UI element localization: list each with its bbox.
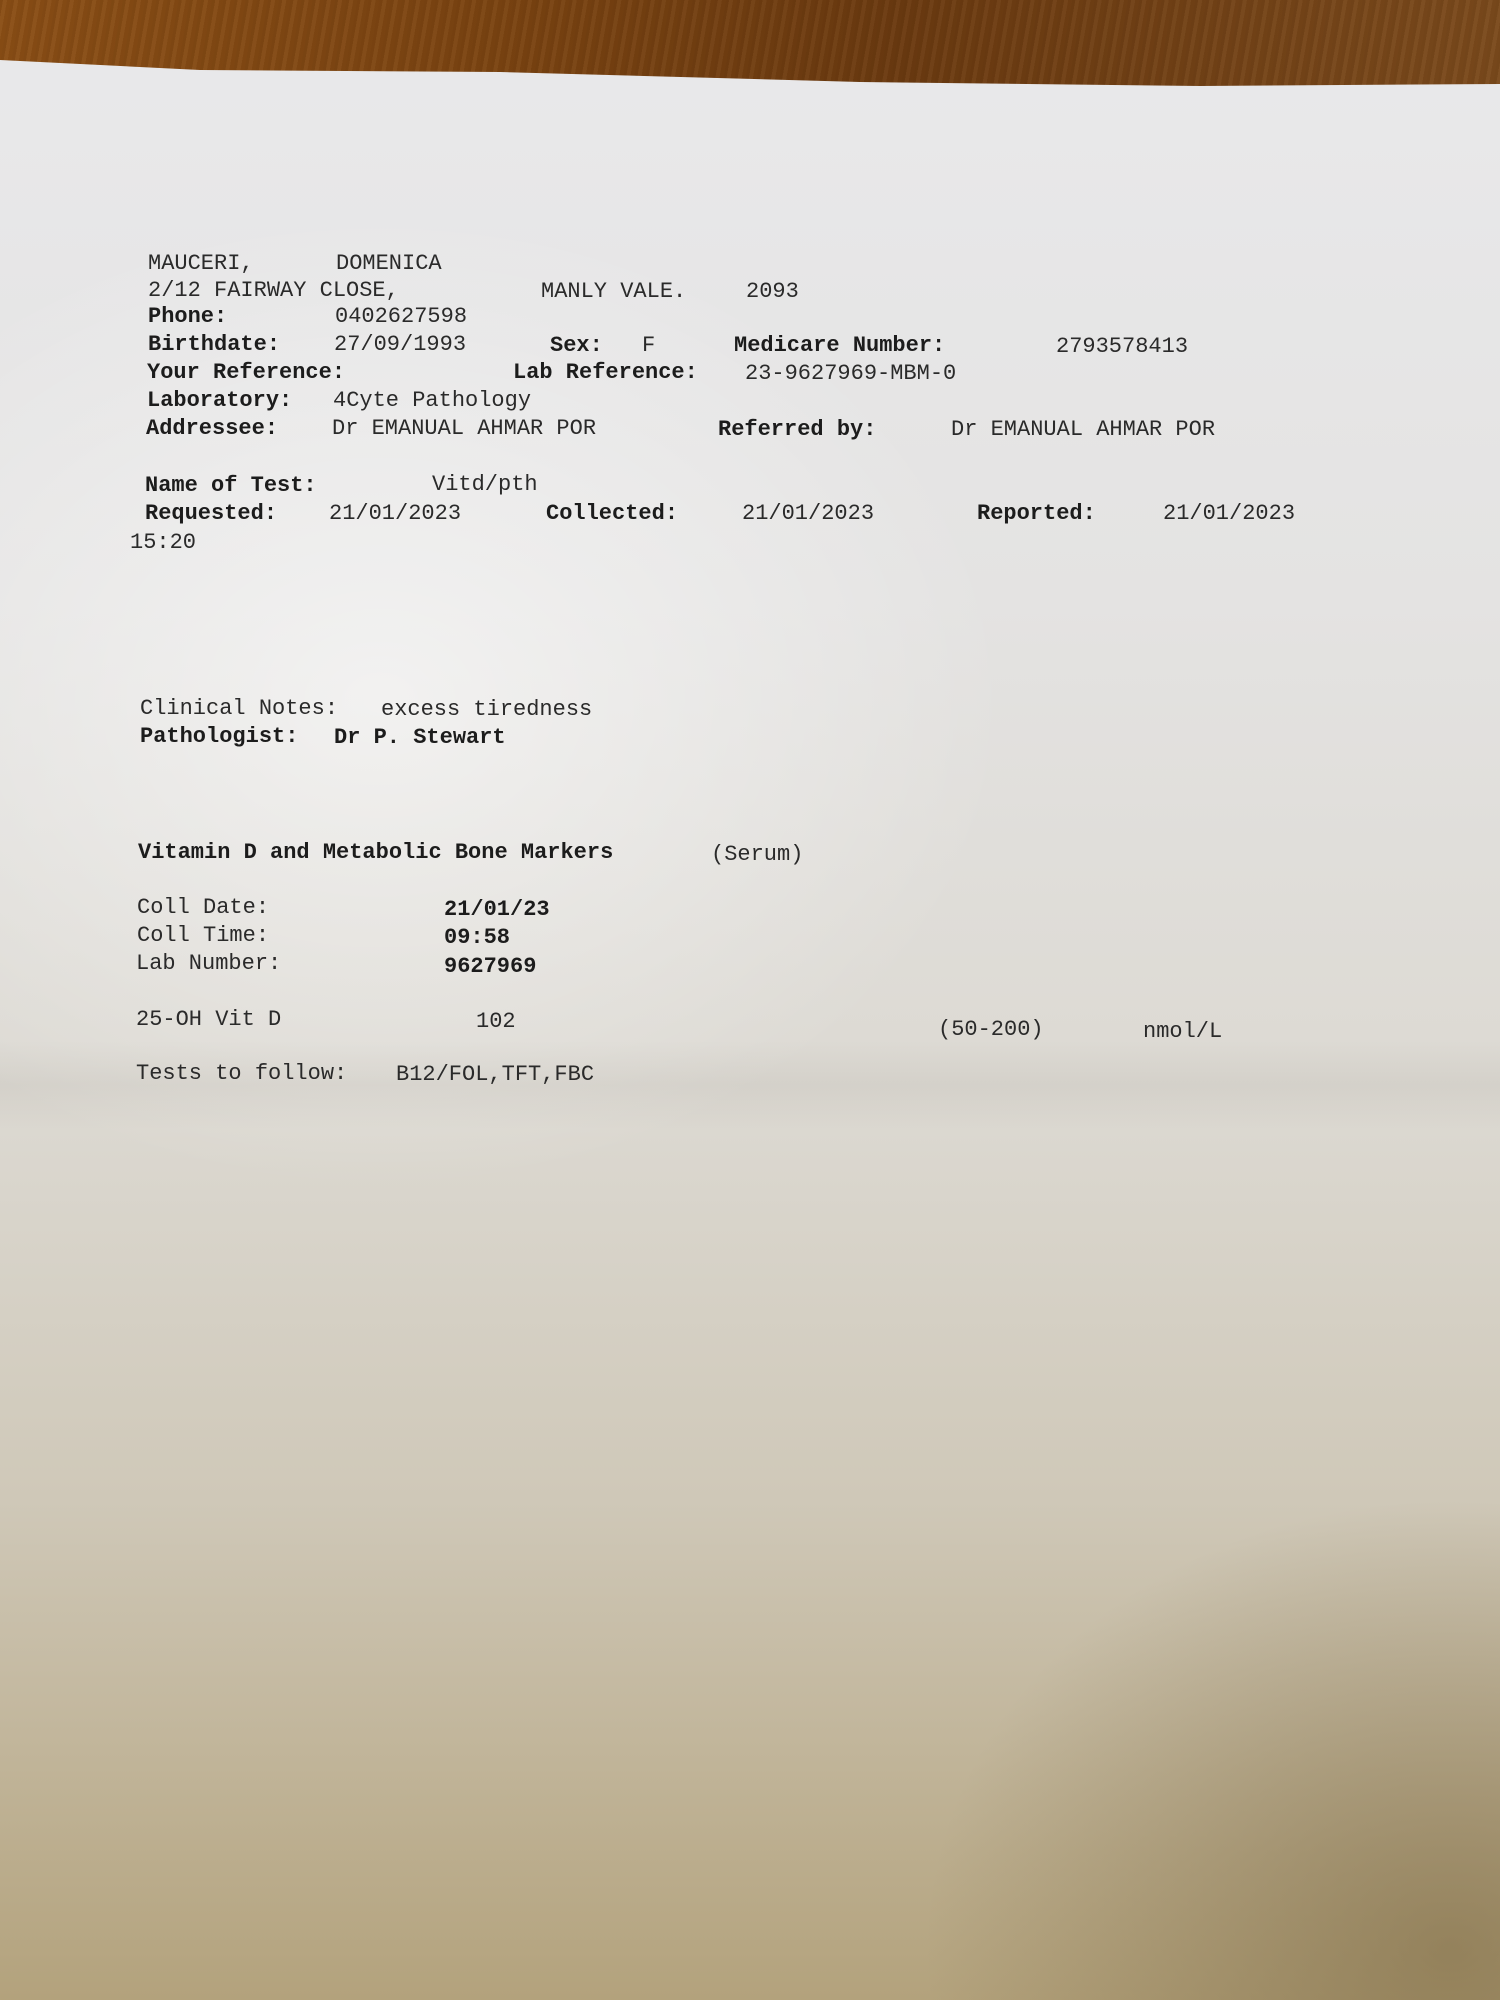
results-specimen: (Serum) [711, 844, 803, 866]
birthdate-label: Birthdate: [148, 334, 280, 356]
requested-value: 21/01/2023 [329, 503, 461, 525]
result-value: 102 [476, 1011, 516, 1033]
lab-reference-value: 23-9627969-MBM-0 [745, 363, 956, 385]
referred-by-label: Referred by: [718, 419, 876, 441]
phone-value: 0402627598 [335, 306, 467, 328]
sex-label: Sex: [550, 335, 603, 357]
result-units: nmol/L [1143, 1021, 1222, 1043]
reported-time: 15:20 [130, 532, 196, 554]
referred-by-value: Dr EMANUAL AHMAR POR [951, 419, 1215, 441]
birthdate-value: 27/09/1993 [334, 334, 466, 356]
result-reference-range: (50-200) [938, 1019, 1044, 1041]
lab-reference-label: Lab Reference: [513, 362, 698, 384]
tests-to-follow-label: Tests to follow: [136, 1063, 347, 1085]
pathologist-label: Pathologist: [140, 726, 298, 748]
reported-label: Reported: [977, 503, 1096, 525]
laboratory-value: 4Cyte Pathology [333, 390, 531, 412]
your-reference-label: Your Reference: [147, 362, 345, 384]
patient-postcode: 2093 [746, 281, 799, 303]
result-analyte: 25-OH Vit D [136, 1009, 281, 1031]
clinical-notes-value: excess tiredness [381, 699, 592, 721]
phone-label: Phone: [148, 306, 227, 328]
addressee-label: Addressee: [146, 418, 278, 440]
patient-surname: MAUCERI, [148, 253, 254, 275]
requested-label: Requested: [145, 503, 277, 525]
patient-suburb: MANLY VALE. [541, 281, 686, 303]
sex-value: F [642, 335, 655, 357]
coll-time-label: Coll Time: [137, 925, 269, 947]
laboratory-label: Laboratory: [147, 390, 292, 412]
medicare-label: Medicare Number: [734, 335, 945, 357]
test-name-label: Name of Test: [145, 475, 317, 497]
addressee-value: Dr EMANUAL AHMAR POR [332, 418, 596, 440]
results-section-title: Vitamin D and Metabolic Bone Markers [138, 842, 613, 864]
coll-date-value: 21/01/23 [444, 899, 550, 921]
patient-given-name: DOMENICA [336, 253, 442, 275]
test-name-value: Vitd/pth [432, 474, 538, 496]
pathologist-value: Dr P. Stewart [334, 727, 506, 749]
clinical-notes-label: Clinical Notes: [140, 698, 338, 720]
coll-date-label: Coll Date: [137, 897, 269, 919]
medicare-value: 2793578413 [1056, 336, 1188, 358]
patient-street: 2/12 FAIRWAY CLOSE, [148, 280, 399, 302]
collected-value: 21/01/2023 [742, 503, 874, 525]
pathology-report-page: MAUCERI, DOMENICA 2/12 FAIRWAY CLOSE, MA… [0, 0, 1500, 2000]
reported-value: 21/01/2023 [1163, 503, 1295, 525]
tests-to-follow-value: B12/FOL,TFT,FBC [396, 1064, 594, 1086]
lab-number-label: Lab Number: [136, 953, 281, 975]
coll-time-value: 09:58 [444, 927, 510, 949]
collected-label: Collected: [546, 503, 678, 525]
lab-number-value: 9627969 [444, 956, 536, 978]
